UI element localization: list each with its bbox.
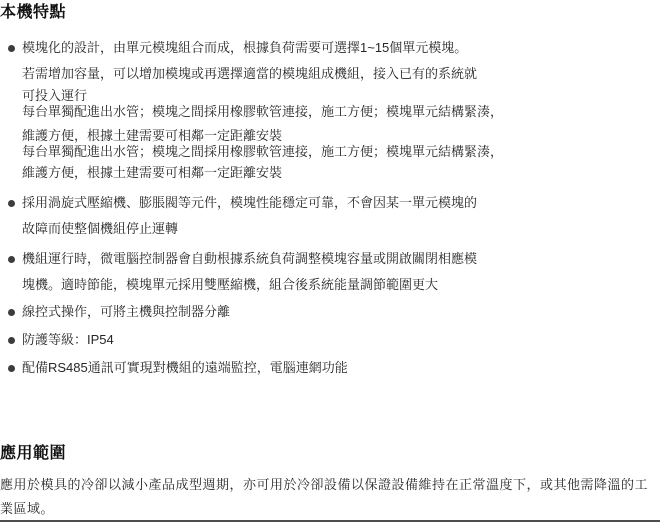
bullet-icon: [8, 256, 15, 263]
feature-line: 防護等級：IP54: [0, 332, 658, 348]
feature-line-text: 配備RS485通訊可實現對機組的遠端監控，電腦連網功能: [22, 360, 348, 375]
feature-line-text: 塊機。適時節能，模塊單元採用雙壓縮機，組合後系統能量調節範圍更大: [22, 277, 438, 292]
feature-line-text: 每台單獨配進出水管；模塊之間採用橡膠軟管連接，施工方便；模塊單元結構緊湊，: [22, 144, 503, 159]
section-title-application: 應用範圍: [0, 445, 658, 463]
feature-line: 線控式操作，可將主機與控制器分離: [0, 304, 658, 320]
feature-line: 每台單獨配進出水管；模塊之間採用橡膠軟管連接，施工方便；模塊單元結構緊湊，: [0, 144, 658, 160]
feature-line: 模塊化的設計，由單元模塊組合而成，根據負荷需要可選擇1~15個單元模塊。: [0, 40, 658, 56]
feature-line-text: 機組運行時，微電腦控制器會自動根據系統負荷調整模塊容量或開啟關閉相應模: [22, 251, 477, 266]
document-page: 本機特點 模塊化的設計，由單元模塊組合而成，根據負荷需要可選擇1~15個單元模塊…: [0, 0, 660, 522]
feature-line: 配備RS485通訊可實現對機組的遠端監控，電腦連網功能: [0, 360, 658, 376]
feature-line-text: 線控式操作，可將主機與控制器分離: [22, 304, 230, 319]
application-text: 應用於模具的冷卻以減小產品成型週期，亦可用於冷卻設備以保證設備維持在正常溫度下，…: [0, 477, 648, 492]
feature-line-text: 維護方便，根據土建需要可相鄰一定距離安裝: [22, 165, 282, 180]
bullet-icon: [8, 365, 15, 372]
feature-line-text: 採用渦旋式壓縮機、膨脹閥等元件，模塊性能穩定可靠，不會因某一單元模塊的: [22, 195, 477, 210]
feature-line: 維護方便，根據土建需要可相鄰一定距離安裝: [0, 128, 658, 144]
feature-line-text: 若需增加容量，可以增加模塊或再選擇適當的模塊組成機組，接入已有的系統就: [22, 66, 477, 81]
application-paragraph-line: 應用於模具的冷卻以減小產品成型週期，亦可用於冷卻設備以保證設備維持在正常溫度下，…: [0, 477, 658, 493]
feature-line-text: 防護等級：IP54: [22, 332, 114, 347]
feature-line: 每台單獨配進出水管；模塊之間採用橡膠軟管連接，施工方便；模塊單元結構緊湊，: [0, 104, 658, 120]
bullet-icon: [8, 309, 15, 316]
bullet-icon: [8, 337, 15, 344]
feature-line-text: 每台單獨配進出水管；模塊之間採用橡膠軟管連接，施工方便；模塊單元結構緊湊，: [22, 104, 503, 119]
feature-line-text: 可投入運行: [22, 88, 87, 103]
bullet-icon: [8, 200, 15, 207]
feature-line-text: 模塊化的設計，由單元模塊組合而成，根據負荷需要可選擇1~15個單元模塊。: [22, 40, 467, 55]
feature-line: 機組運行時，微電腦控制器會自動根據系統負荷調整模塊容量或開啟關閉相應模: [0, 251, 658, 267]
bullet-icon: [8, 45, 15, 52]
feature-line: 塊機。適時節能，模塊單元採用雙壓縮機，組合後系統能量調節範圍更大: [0, 277, 658, 293]
feature-line-text: 故障而使整個機組停止運轉: [22, 221, 178, 236]
section-title-features: 本機特點: [0, 4, 658, 22]
feature-line-text: 維護方便，根據土建需要可相鄰一定距離安裝: [22, 128, 282, 143]
feature-line: 若需增加容量，可以增加模塊或再選擇適當的模塊組成機組，接入已有的系統就: [0, 66, 658, 82]
feature-line: 採用渦旋式壓縮機、膨脹閥等元件，模塊性能穩定可靠，不會因某一單元模塊的: [0, 195, 658, 211]
application-text: 業區域。: [0, 501, 54, 516]
feature-line: 故障而使整個機組停止運轉: [0, 221, 658, 237]
application-paragraph-line: 業區域。: [0, 501, 658, 517]
feature-line: 可投入運行: [0, 88, 658, 104]
feature-line: 維護方便，根據土建需要可相鄰一定距離安裝: [0, 165, 658, 181]
